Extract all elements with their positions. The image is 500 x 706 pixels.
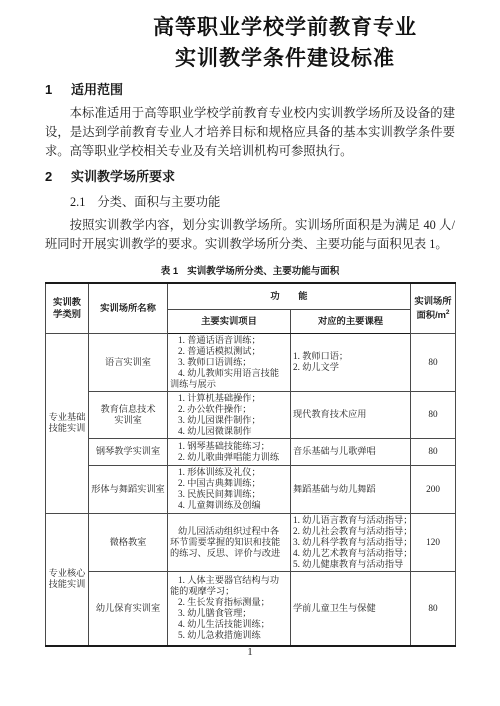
col-header-projects: 主要实训项目 xyxy=(168,309,291,333)
courses-cell: 1. 幼儿语言教育与活动指导； 2. 幼儿社会教育与活动指导； 3. 幼儿科学教… xyxy=(291,513,411,571)
col-header-area: 实训场所 面积/m2 xyxy=(411,283,456,333)
project-item: 3. 民族民间舞训练； xyxy=(170,489,288,500)
section-2-1-title: 分类、面积与主要功能 xyxy=(97,195,220,209)
course-item: 3. 幼儿科学教育与活动指导； xyxy=(293,537,408,548)
project-item: 3. 幼儿园课件制作； xyxy=(170,415,288,426)
section-2-number: 2 xyxy=(45,168,59,186)
projects-cell: 1. 人体主要器官结构与功能的观摩学习； 2. 生长发育指标测量； 3. 幼儿膳… xyxy=(168,571,291,646)
table-caption-text: 实训教学场所分类、主要功能与面积 xyxy=(187,266,339,277)
venue-name: 教育信息技术 实训室 xyxy=(89,391,168,438)
venue-name: 微格教室 xyxy=(89,513,168,571)
training-venues-table: 实训教 学类别 实训场所名称 功 能 实训场所 面积/m2 主要实训项目 对应的… xyxy=(45,282,456,647)
course-item: 2. 幼儿文学 xyxy=(293,362,408,373)
section-1-paragraph: 本标准适用于高等职业学校学前教育专业校内实训教学场所及设备的建设，是达到学前教育… xyxy=(45,104,455,161)
project-item: 1. 形体训练及礼仪； xyxy=(170,467,288,478)
area-cell: 80 xyxy=(411,438,456,465)
table-caption-label: 表 1 xyxy=(161,266,178,277)
projects-cell: 1. 钢琴基础技能练习； 2. 幼儿歌曲弹唱能力训练 xyxy=(168,438,291,465)
project-item: 4. 幼儿教师实用语言技能训练与展示 xyxy=(170,368,288,390)
venue-name: 钢琴教学实训室 xyxy=(89,438,168,465)
course-item: 5. 幼儿健康教育与活动指导 xyxy=(293,559,408,570)
section-2-1-number: 2.1 xyxy=(70,195,85,209)
course-item: 音乐基础与儿歌弹唱 xyxy=(293,446,408,457)
course-item: 1. 幼儿语言教育与活动指导； xyxy=(293,515,408,526)
area-header-line1: 实训场所 xyxy=(414,296,451,306)
section-2-title: 实训教学场所要求 xyxy=(71,169,175,184)
course-item: 学前儿童卫生与保健 xyxy=(293,603,408,614)
project-item: 4. 幼儿生活技能训练； xyxy=(170,619,288,630)
project-item: 5. 幼儿急救措施训练 xyxy=(170,630,288,641)
projects-cell: 1. 计算机基础操作； 2. 办公软件操作； 3. 幼儿园课件制作； 4. 幼儿… xyxy=(168,391,291,438)
project-item: 4. 儿童舞训练及创编 xyxy=(170,500,288,511)
course-item: 1. 教师口语； xyxy=(293,351,408,362)
table-header-row-1: 实训教 学类别 实训场所名称 功 能 实训场所 面积/m2 xyxy=(46,283,456,309)
table-row-dance-lab: 形体与舞蹈实训室 1. 形体训练及礼仪； 2. 中国古典舞训练； 3. 民族民间… xyxy=(46,465,456,513)
category-core-skills: 专业核心 技能实训 xyxy=(46,513,89,646)
project-item: 2. 普通话模拟测试； xyxy=(170,346,288,357)
venue-name: 语言实训室 xyxy=(89,333,168,391)
project-item: 1. 人体主要器官结构与功能的观摩学习； xyxy=(170,575,288,597)
project-item: 1. 普通话语音训练； xyxy=(170,335,288,346)
project-item: 1. 计算机基础操作； xyxy=(170,393,288,404)
section-1-heading: 1适用范围 xyxy=(45,81,455,99)
area-cell: 80 xyxy=(411,391,456,438)
courses-cell: 学前儿童卫生与保健 xyxy=(291,571,411,646)
projects-cell: 幼儿园活动组织过程中各环节需要掌握的知识和技能的练习、反思、评价与改进 xyxy=(168,513,291,571)
area-cell: 80 xyxy=(411,571,456,646)
col-header-function: 功 能 xyxy=(168,283,411,309)
table-row-micro-teaching-room: 专业核心 技能实训 微格教室 幼儿园活动组织过程中各环节需要掌握的知识和技能的练… xyxy=(46,513,456,571)
table-row-language-lab: 专业基础 技能实训 语言实训室 1. 普通话语音训练； 2. 普通话模拟测试； … xyxy=(46,333,456,391)
project-item: 2. 幼儿歌曲弹唱能力训练 xyxy=(170,452,288,463)
table-caption: 表 1实训教学场所分类、主要功能与面积 xyxy=(45,263,455,277)
courses-cell: 音乐基础与儿歌弹唱 xyxy=(291,438,411,465)
section-2-1-paragraph: 按照实训教学内容，划分实训教学场所。实训场所面积是为满足 40 人/班同时开展实… xyxy=(45,216,455,254)
project-item: 2. 中国古典舞训练； xyxy=(170,478,288,489)
section-1-title: 适用范围 xyxy=(71,82,123,97)
document-title: 高等职业学校学前教育专业 实训教学条件建设标准 xyxy=(80,12,490,74)
table-row-childcare-lab: 幼儿保育实训室 1. 人体主要器官结构与功能的观摩学习； 2. 生长发育指标测量… xyxy=(46,571,456,646)
course-item: 现代教育技术应用 xyxy=(293,409,408,420)
area-cell: 120 xyxy=(411,513,456,571)
projects-cell: 1. 形体训练及礼仪； 2. 中国古典舞训练； 3. 民族民间舞训练； 4. 儿… xyxy=(168,465,291,513)
title-line-2: 实训教学条件建设标准 xyxy=(80,43,490,74)
course-item: 舞蹈基础与幼儿舞蹈 xyxy=(293,484,408,495)
section-2-heading: 2实训教学场所要求 xyxy=(45,168,455,186)
venue-name: 幼儿保育实训室 xyxy=(89,571,168,646)
document-page: 高等职业学校学前教育专业 实训教学条件建设标准 1适用范围 本标准适用于高等职业… xyxy=(0,0,500,706)
project-item: 2. 生长发育指标测量； xyxy=(170,597,288,608)
table-row-piano-lab: 钢琴教学实训室 1. 钢琴基础技能练习； 2. 幼儿歌曲弹唱能力训练 音乐基础与… xyxy=(46,438,456,465)
courses-cell: 现代教育技术应用 xyxy=(291,391,411,438)
table-row-edu-info-tech-lab: 教育信息技术 实训室 1. 计算机基础操作； 2. 办公软件操作； 3. 幼儿园… xyxy=(46,391,456,438)
page-number: 1 xyxy=(0,646,500,658)
venue-name: 形体与舞蹈实训室 xyxy=(89,465,168,513)
course-item: 4. 幼儿艺术教育与活动指导； xyxy=(293,548,408,559)
col-header-courses: 对应的主要课程 xyxy=(291,309,411,333)
section-1-number: 1 xyxy=(45,81,59,99)
col-header-venue-name: 实训场所名称 xyxy=(89,283,168,333)
courses-cell: 舞蹈基础与幼儿舞蹈 xyxy=(291,465,411,513)
area-header-superscript: 2 xyxy=(446,309,450,316)
courses-cell: 1. 教师口语； 2. 幼儿文学 xyxy=(291,333,411,391)
project-item: 2. 办公软件操作； xyxy=(170,404,288,415)
course-item: 2. 幼儿社会教育与活动指导； xyxy=(293,526,408,537)
col-header-category: 实训教 学类别 xyxy=(46,283,89,333)
title-line-1: 高等职业学校学前教育专业 xyxy=(80,12,490,43)
projects-cell: 1. 普通话语音训练； 2. 普通话模拟测试； 3. 教师口语训练； 4. 幼儿… xyxy=(168,333,291,391)
area-cell: 80 xyxy=(411,333,456,391)
project-item: 1. 钢琴基础技能练习； xyxy=(170,441,288,452)
project-item: 4. 幼儿园微课制作 xyxy=(170,426,288,437)
area-header-line2: 面积/m xyxy=(416,310,445,320)
section-2-1-heading: 2.1分类、面积与主要功能 xyxy=(45,194,455,211)
area-cell: 200 xyxy=(411,465,456,513)
project-item: 3. 幼儿膳食管理； xyxy=(170,608,288,619)
project-item: 3. 教师口语训练； xyxy=(170,357,288,368)
project-item: 幼儿园活动组织过程中各环节需要掌握的知识和技能的练习、反思、评价与改进 xyxy=(170,526,288,559)
category-basic-skills: 专业基础 技能实训 xyxy=(46,333,89,513)
